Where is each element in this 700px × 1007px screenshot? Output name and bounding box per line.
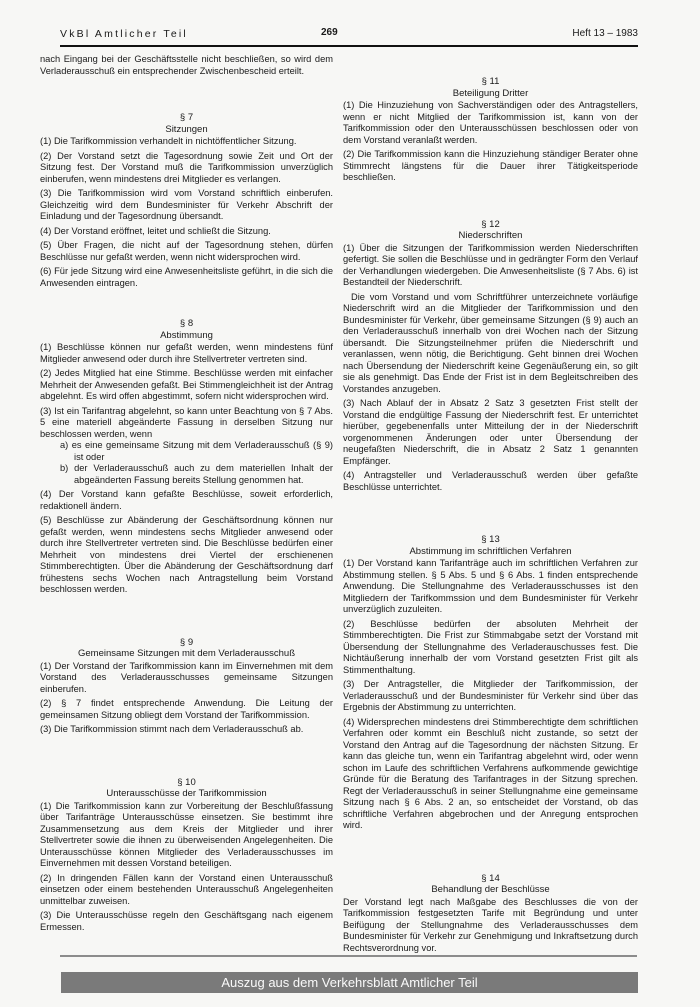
paragraph: (1) Der Vorstand kann Tarifanträge auch … bbox=[343, 558, 638, 616]
section-number: § 8 bbox=[40, 318, 333, 330]
paragraph: (3) Der Antragsteller, die Mitglieder de… bbox=[343, 679, 638, 714]
left-column: nach Eingang bei der Geschäftsstelle nic… bbox=[40, 54, 333, 936]
paragraph: Der Vorstand legt nach Maßgabe des Besch… bbox=[343, 897, 638, 955]
list-item: b) der Verladerausschuß auch zu dem mate… bbox=[50, 463, 333, 486]
section-title: Gemeinsame Sitzungen mit dem Verladeraus… bbox=[40, 648, 333, 660]
section-number: § 11 bbox=[343, 76, 638, 88]
paragraph: Die vom Vorstand und vom Schriftführer u… bbox=[343, 292, 638, 396]
issue-label: Heft 13 – 1983 bbox=[572, 28, 638, 39]
section-number: § 10 bbox=[40, 777, 333, 789]
footer-banner: Auszug aus dem Verkehrsblatt Amtlicher T… bbox=[61, 972, 638, 993]
section-number: § 9 bbox=[40, 637, 333, 649]
section-14: § 14 Behandlung der Beschlüsse Der Vorst… bbox=[343, 873, 638, 955]
section-title: Beteiligung Dritter bbox=[343, 88, 638, 100]
continuation-paragraph: nach Eingang bei der Geschäftsstelle nic… bbox=[40, 54, 333, 77]
section-number: § 12 bbox=[343, 219, 638, 231]
section-10: § 10 Unterausschüsse der Tarifkommission… bbox=[40, 777, 333, 934]
section-title: Abstimmung im schriftlichen Verfahren bbox=[343, 546, 638, 558]
section-7: § 7 Sitzungen (1) Die Tarifkommission ve… bbox=[40, 112, 333, 289]
section-11: § 11 Beteiligung Dritter (1) Die Hinzuzi… bbox=[343, 76, 638, 184]
section-title: Abstimmung bbox=[40, 330, 333, 342]
paragraph: (4) Der Vorstand eröffnet, leitet und sc… bbox=[40, 226, 333, 238]
section-number: § 14 bbox=[343, 873, 638, 885]
document-page: VkBl Amtlicher Teil 269 Heft 13 – 1983 n… bbox=[0, 0, 700, 1007]
header-divider bbox=[60, 45, 638, 47]
page-number: 269 bbox=[321, 27, 338, 38]
paragraph: (4) Der Vorstand kann gefaßte Beschlüsse… bbox=[40, 489, 333, 512]
section-9: § 9 Gemeinsame Sitzungen mit dem Verlade… bbox=[40, 637, 333, 736]
paragraph: (3) Die Tarifkommission wird vom Vorstan… bbox=[40, 188, 333, 223]
publication-title: VkBl Amtlicher Teil bbox=[60, 28, 188, 40]
paragraph: (5) Beschlüsse zur Abänderung der Geschä… bbox=[40, 515, 333, 596]
page-header: VkBl Amtlicher Teil 269 Heft 13 – 1983 bbox=[60, 27, 638, 43]
paragraph: (1) Über die Sitzungen der Tarifkommissi… bbox=[343, 243, 638, 289]
paragraph: (1) Die Tarifkommission verhandelt in ni… bbox=[40, 136, 333, 148]
paragraph: (3) Die Tarifkommission stimmt nach dem … bbox=[40, 724, 333, 736]
paragraph: (1) Die Hinzuziehung von Sachverständige… bbox=[343, 100, 638, 146]
list-item: a) es eine gemeinsame Sitzung mit dem Ve… bbox=[50, 440, 333, 463]
section-13: § 13 Abstimmung im schriftlichen Verfahr… bbox=[343, 534, 638, 832]
paragraph: (2) In dringenden Fällen kann der Vorsta… bbox=[40, 873, 333, 908]
paragraph: (4) Widersprechen mindestens drei Stimmb… bbox=[343, 717, 638, 832]
right-column: § 11 Beteiligung Dritter (1) Die Hinzuzi… bbox=[343, 76, 638, 957]
paragraph: (6) Für jede Sitzung wird eine Anwesenhe… bbox=[40, 266, 333, 289]
paragraph: (2) Beschlüsse bedürfen der absoluten Me… bbox=[343, 619, 638, 677]
section-number: § 13 bbox=[343, 534, 638, 546]
paragraph: (2) Die Tarifkommission kann die Hinzuzi… bbox=[343, 149, 638, 184]
section-12: § 12 Niederschriften (1) Über die Sitzun… bbox=[343, 219, 638, 494]
paragraph: (3) Nach Ablauf der in Absatz 2 Satz 3 g… bbox=[343, 398, 638, 467]
section-title: Behandlung der Beschlüsse bbox=[343, 884, 638, 896]
paragraph: (4) Antragsteller und Verladerausschuß w… bbox=[343, 470, 638, 493]
paragraph: (2) § 7 findet entsprechende Anwendung. … bbox=[40, 698, 333, 721]
paragraph: (2) Jedes Mitglied hat eine Stimme. Besc… bbox=[40, 368, 333, 403]
section-title: Sitzungen bbox=[40, 124, 333, 136]
section-8: § 8 Abstimmung (1) Beschlüsse können nur… bbox=[40, 318, 333, 596]
paragraph: (3) Ist ein Tarifantrag abgelehnt, so ka… bbox=[40, 406, 333, 441]
paragraph: (1) Die Tarifkommission kann zur Vorbere… bbox=[40, 801, 333, 870]
paragraph: (1) Der Vorstand der Tarifkommission kan… bbox=[40, 661, 333, 696]
section-number: § 7 bbox=[40, 112, 333, 124]
paragraph: (3) Die Unterausschüsse regeln den Gesch… bbox=[40, 910, 333, 933]
section-title: Niederschriften bbox=[343, 230, 638, 242]
footer-divider bbox=[60, 955, 637, 957]
paragraph: (1) Beschlüsse können nur gefaßt werden,… bbox=[40, 342, 333, 365]
section-title: Unterausschüsse der Tarifkommission bbox=[40, 788, 333, 800]
paragraph: (2) Der Vorstand setzt die Tagesordnung … bbox=[40, 151, 333, 186]
condition-list: a) es eine gemeinsame Sitzung mit dem Ve… bbox=[40, 440, 333, 486]
paragraph: (5) Über Fragen, die nicht auf der Tages… bbox=[40, 240, 333, 263]
